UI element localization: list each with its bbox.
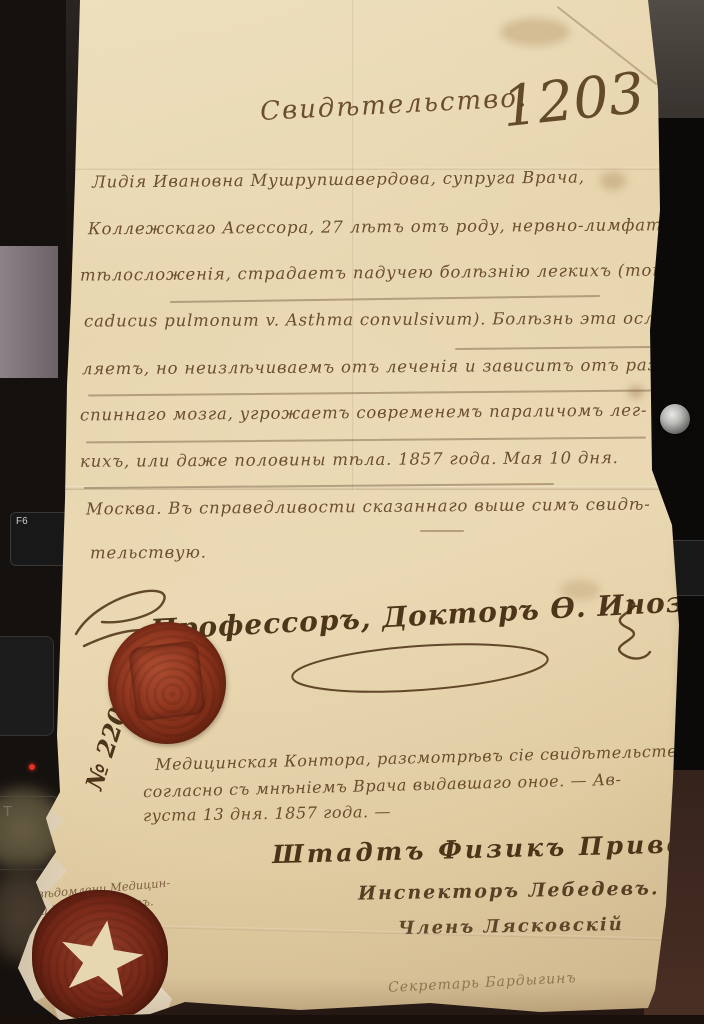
wax-seal-coat-of-arms [108,622,226,744]
keyboard-key-f6: F6 [10,512,72,566]
body-line: тельствую. [90,543,207,563]
photo-bottom-edge [0,1015,704,1024]
keyboard-key-blank [0,636,54,736]
paper-stain [500,18,570,46]
paper-stain [628,386,644,398]
indicator-led [29,764,35,770]
paper-document: Свидѣтельство. 1203 № 21 № 2203 Лидія Ив… [0,0,704,1024]
underline [420,530,464,532]
member-signature: Членъ Лясковскій [398,914,624,939]
laptop-hinge-panel [0,246,58,378]
key-f6-label: F6 [16,516,28,527]
body-line: caducus pulmonum v. Asthma convulsivum).… [84,308,683,330]
seal-emblem [128,640,206,722]
photo-of-document: F6 T d Свидѣтельство. 1203 № 21 № 2203 Л… [0,0,704,1024]
paper-stain [600,172,626,190]
body-line: кихъ, или даже половины тѣла. 1857 года.… [80,448,619,471]
laptop-power-button [660,404,690,434]
wax-seal-broken-star [32,890,168,1022]
